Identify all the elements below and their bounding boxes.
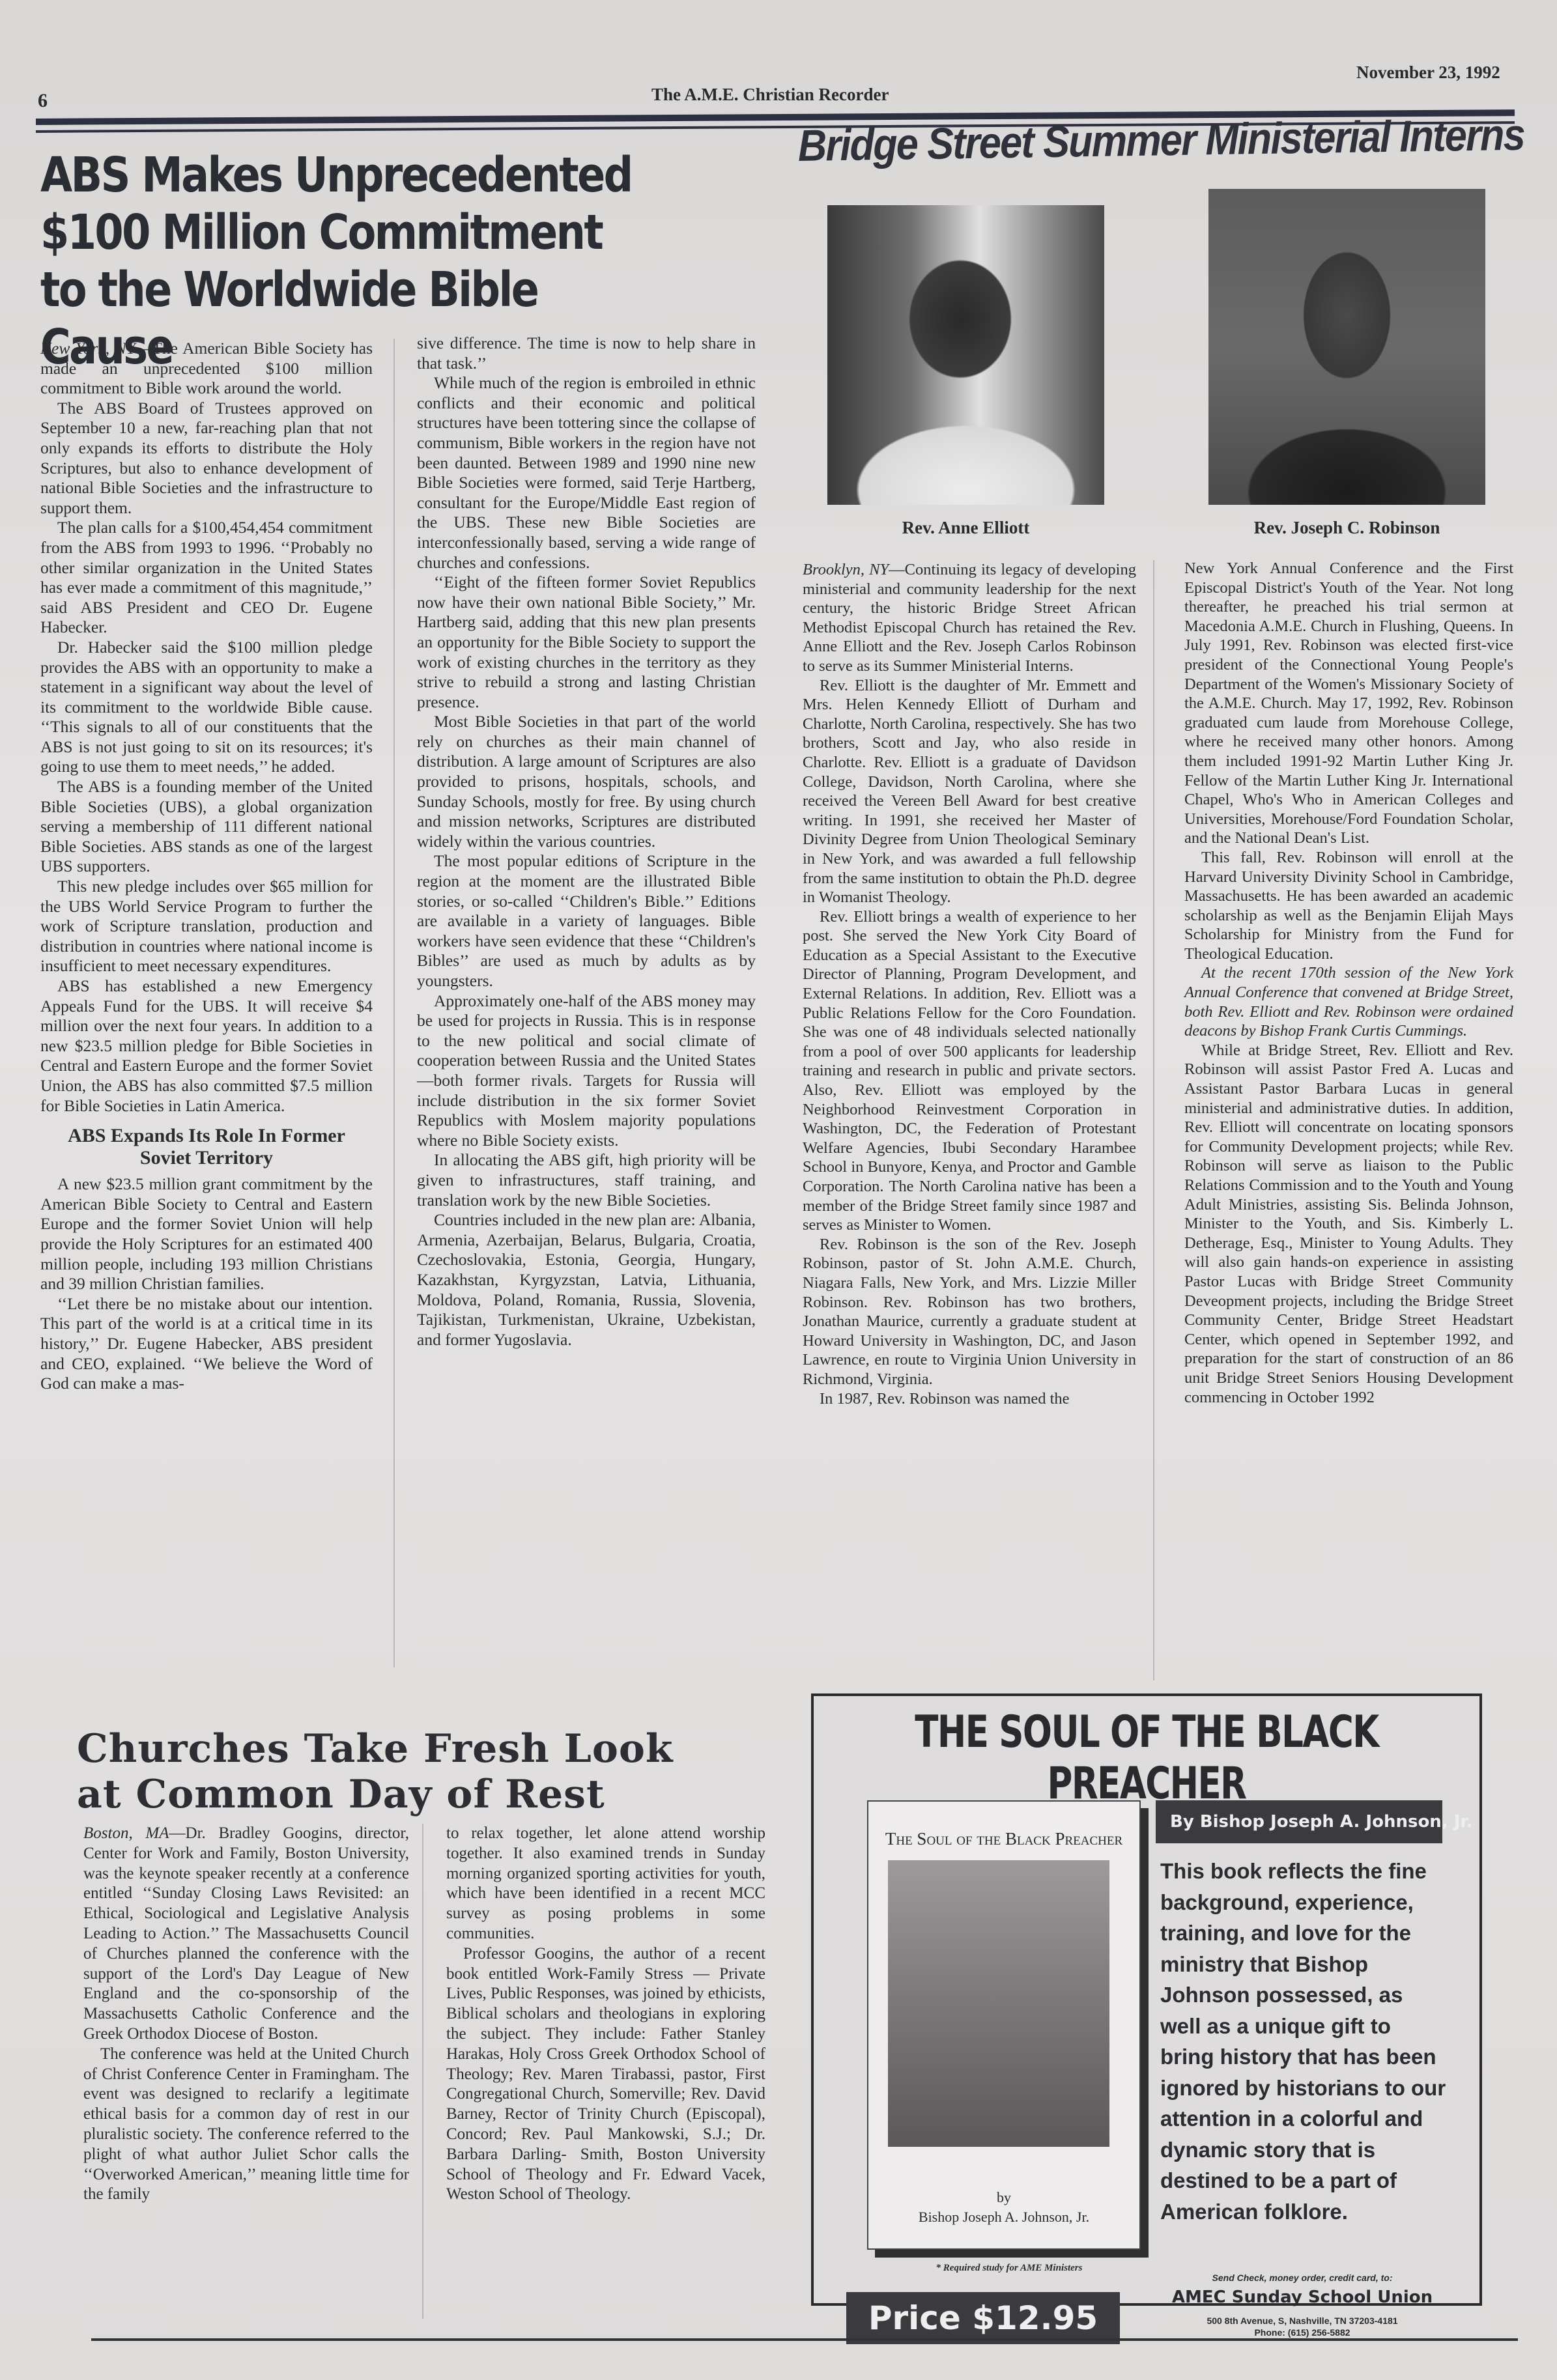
dateline: Boston, MA (83, 1824, 169, 1842)
paragraph: While much of the region is embroiled in… (417, 373, 756, 573)
paragraph: to relax together, let alone attend wors… (446, 1824, 765, 1944)
book-illustration-image (888, 1860, 1109, 2147)
paragraph: The ABS Board of Trustees approved on Se… (40, 399, 373, 518)
churches-headline: Churches Take Fresh Look at Common Day o… (77, 1726, 767, 1817)
paragraph: Dr. Habecker said the $100 million pledg… (40, 638, 373, 777)
book-advertisement: THE SOUL OF THE BLACK PREACHER The Soul … (811, 1693, 1482, 2306)
paragraph: ‘‘Let there be no mistake about our inte… (40, 1294, 373, 1394)
book-by: by (868, 2189, 1139, 2206)
ad-organization: AMEC Sunday School Union (1156, 2288, 1449, 2307)
paragraph: Rev. Elliott brings a wealth of experien… (803, 907, 1136, 1235)
ad-title: THE SOUL OF THE BLACK PREACHER (887, 1707, 1406, 1809)
paragraph: In allocating the ABS gift, high priorit… (417, 1150, 756, 1210)
dateline: Brooklyn, NY (803, 561, 889, 578)
ad-note: * Required study for AME Ministers (879, 2263, 1139, 2274)
bridge-column-2: New York Annual Conference and the First… (1184, 559, 1513, 1407)
column-divider (1153, 560, 1154, 1680)
ad-address: 500 8th Avenue, S, Nashville, TN 37203-4… (1156, 2315, 1449, 2338)
newspaper-page: 6 The A.M.E. Christian Recorder November… (0, 0, 1557, 2380)
headline-line: ABS Makes Unprecedented (40, 147, 679, 204)
headline-line: $100 Million Commitment (40, 204, 679, 261)
churches-column-2: to relax together, let alone attend wors… (446, 1824, 765, 2205)
phone-line: Phone: (615) 256-5882 (1156, 2327, 1449, 2338)
issue-date: November 23, 1992 (1356, 63, 1500, 83)
paragraph: At the recent 170th session of the New Y… (1184, 963, 1513, 1040)
paragraph: A new $23.5 million grant commitment by … (40, 1174, 373, 1294)
paragraph: The plan calls for a $100,454,454 commit… (40, 518, 373, 638)
ad-byline: By Bishop Joseph A. Johnson, Jr. (1156, 1800, 1442, 1843)
paragraph: This new pledge includes over $65 millio… (40, 877, 373, 976)
paragraph: While at Bridge Street, Rev. Elliott and… (1184, 1041, 1513, 1407)
bottom-rule (91, 2338, 1518, 2341)
publication-name: The A.M.E. Christian Recorder (651, 85, 889, 105)
paragraph: In 1987, Rev. Robinson was named the (803, 1389, 1136, 1409)
paragraph: New York Annual Conference and the First… (1184, 559, 1513, 848)
abs-column-1: New York, NY—The American Bible Society … (40, 339, 373, 1394)
paragraph: Approximately one-half of the ABS money … (417, 991, 756, 1151)
paragraph: Most Bible Societies in that part of the… (417, 712, 756, 851)
paragraph: The conference was held at the United Ch… (83, 2045, 409, 2205)
column-divider (422, 1824, 423, 2319)
paragraph: Rev. Elliott is the daughter of Mr. Emme… (803, 676, 1136, 907)
column-divider (393, 339, 395, 1667)
paragraph: Rev. Robinson is the son of the Rev. Jos… (803, 1235, 1136, 1389)
paragraph-text: —Dr. Bradley Googins, director, Center f… (83, 1824, 409, 2043)
book-author: Bishop Joseph A. Johnson, Jr. (868, 2209, 1139, 2226)
headline-line: at Common Day of Rest (77, 1772, 767, 1817)
paragraph: This fall, Rev. Robinson will enroll at … (1184, 848, 1513, 964)
bridge-column-1: Brooklyn, NY—Continuing its legacy of de… (803, 560, 1136, 1408)
book-cover: The Soul of the Black Preacher by Bishop… (867, 1800, 1141, 2250)
paragraph: sive difference. The time is now to help… (417, 333, 756, 373)
paragraph: The ABS is a founding member of the Unit… (40, 777, 373, 877)
caption-joseph-robinson: Rev. Joseph C. Robinson (1208, 518, 1485, 538)
price-badge: Price $12.95 (846, 2292, 1120, 2344)
paragraph: Countries included in the new plan are: … (417, 1210, 756, 1350)
paragraph: ABS has established a new Emergency Appe… (40, 976, 373, 1116)
paragraph: The most popular editions of Scripture i… (417, 851, 756, 991)
ad-copy: This book reflects the fine background, … (1160, 1856, 1447, 2227)
page-number: 6 (38, 90, 48, 112)
bridge-headline: Bridge Street Summer Ministerial Interns (798, 111, 1444, 171)
churches-column-1: Boston, MA—Dr. Bradley Googins, director… (83, 1824, 409, 2205)
masthead: 6 The A.M.E. Christian Recorder November… (0, 0, 1557, 130)
abs-column-2: sive difference. The time is now to help… (417, 333, 756, 1350)
headline-line: Churches Take Fresh Look (77, 1726, 767, 1772)
paragraph: Boston, MA—Dr. Bradley Googins, director… (83, 1824, 409, 2045)
paragraph: New York, NY—The American Bible Society … (40, 339, 373, 399)
book-cover-title: The Soul of the Black Preacher (868, 1829, 1139, 1849)
ad-send-instructions: Send Check, money order, credit card, to… (1156, 2273, 1449, 2283)
dateline: New York, NY (40, 339, 136, 358)
paragraph: Professor Googins, the author of a recen… (446, 1944, 765, 2205)
photo-anne-elliott (827, 205, 1104, 505)
paragraph: Brooklyn, NY—Continuing its legacy of de… (803, 560, 1136, 676)
caption-anne-elliott: Rev. Anne Elliott (827, 518, 1104, 538)
paragraph: ‘‘Eight of the fifteen former Soviet Rep… (417, 573, 756, 712)
photo-joseph-robinson (1208, 189, 1485, 505)
address-line: 500 8th Avenue, S, Nashville, TN 37203-4… (1156, 2315, 1449, 2327)
abs-subhead: ABS Expands Its Role In Former Soviet Te… (40, 1125, 373, 1169)
